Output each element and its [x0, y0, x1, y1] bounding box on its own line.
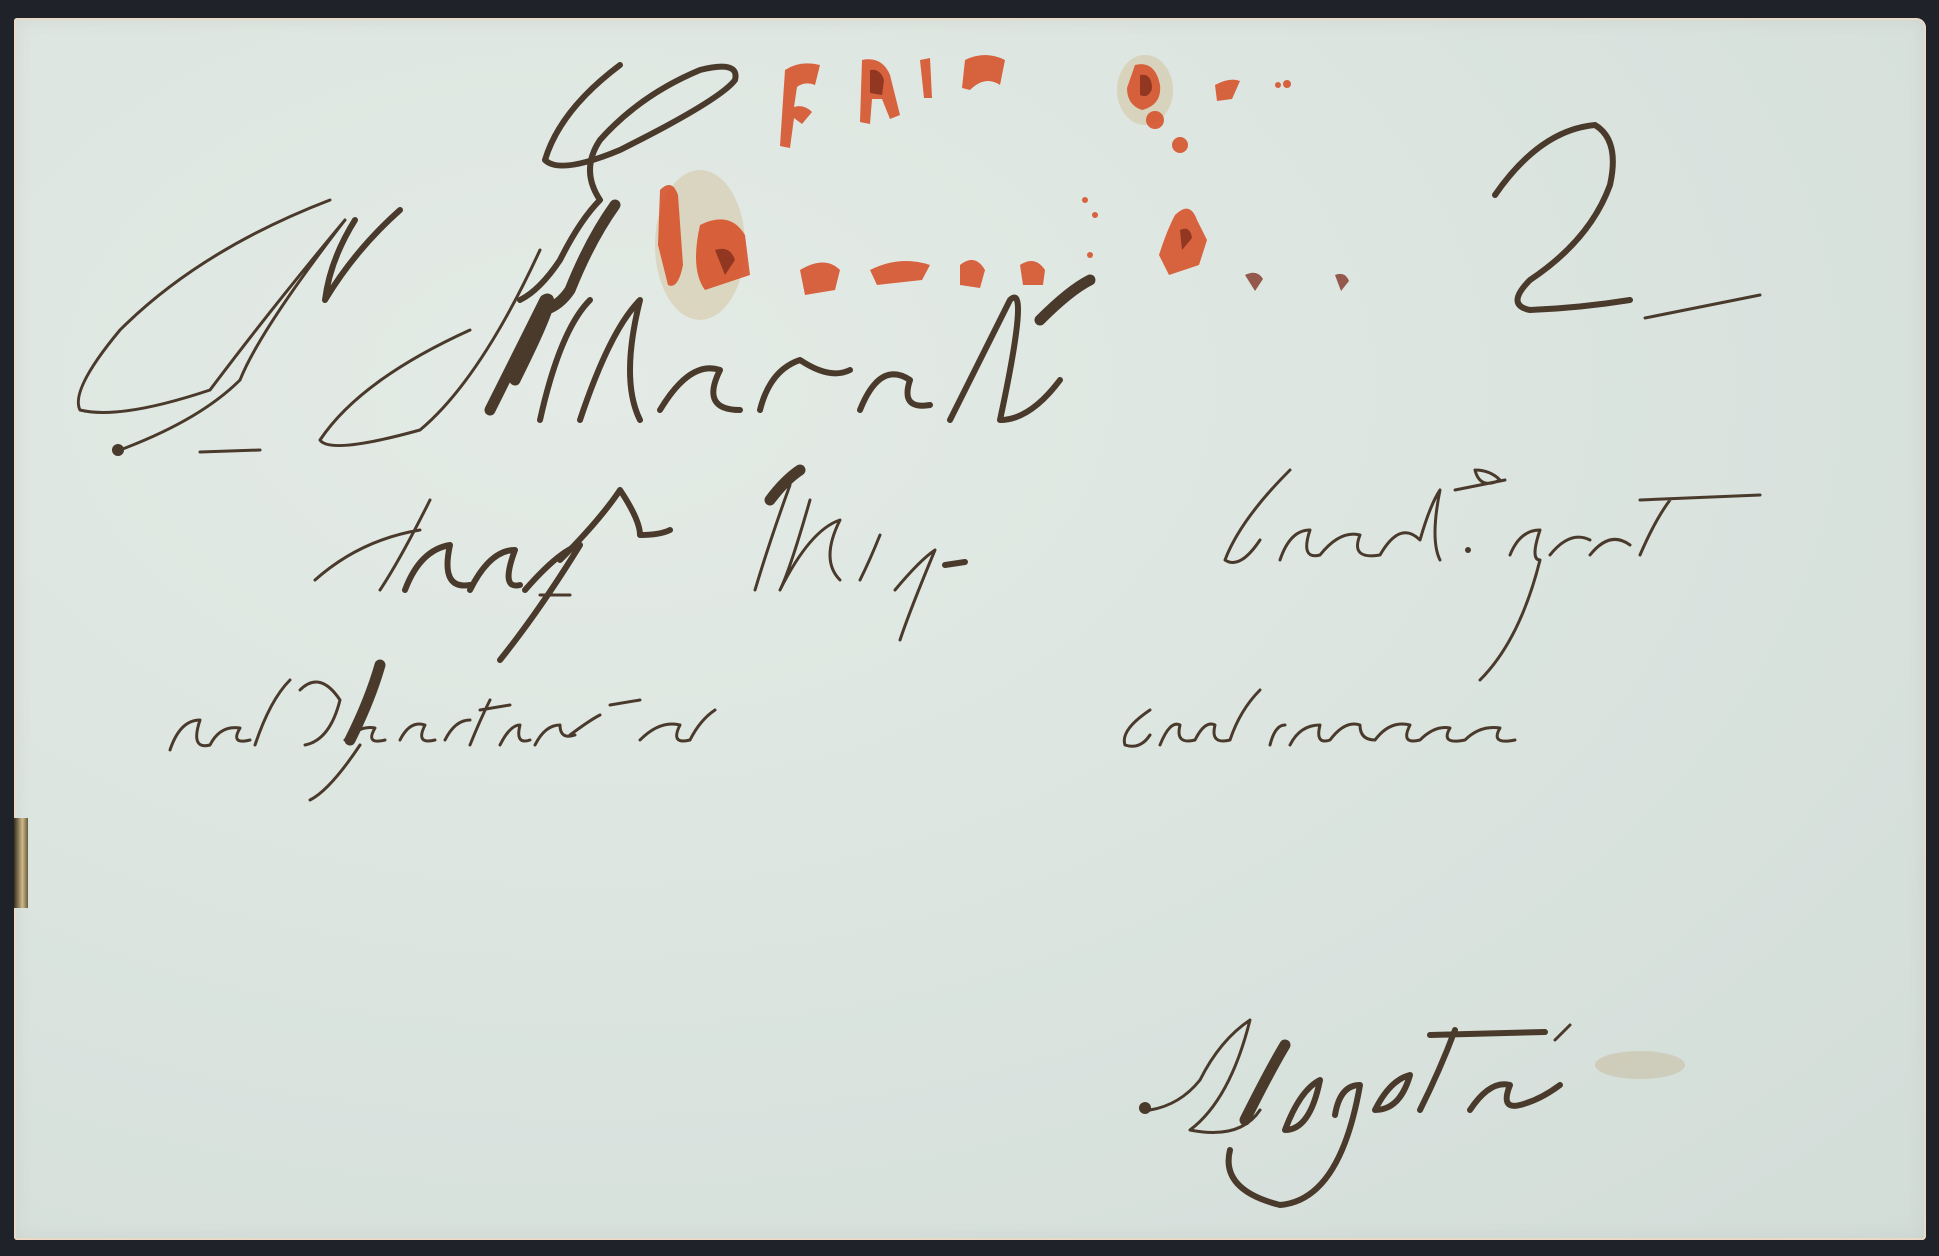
handwriting-layer [0, 0, 1939, 1256]
address-line-2 [315, 470, 1760, 680]
rate-mark-2 [1495, 125, 1760, 318]
photo-stage: FRANCA BUENAV. E 2 S.r General Joaq.n Pa… [0, 0, 1939, 1256]
postmark-stamp [655, 55, 1349, 320]
salutation-sr [78, 200, 400, 456]
city-bogota [1139, 1020, 1685, 1205]
address-line-3 [170, 665, 1515, 800]
